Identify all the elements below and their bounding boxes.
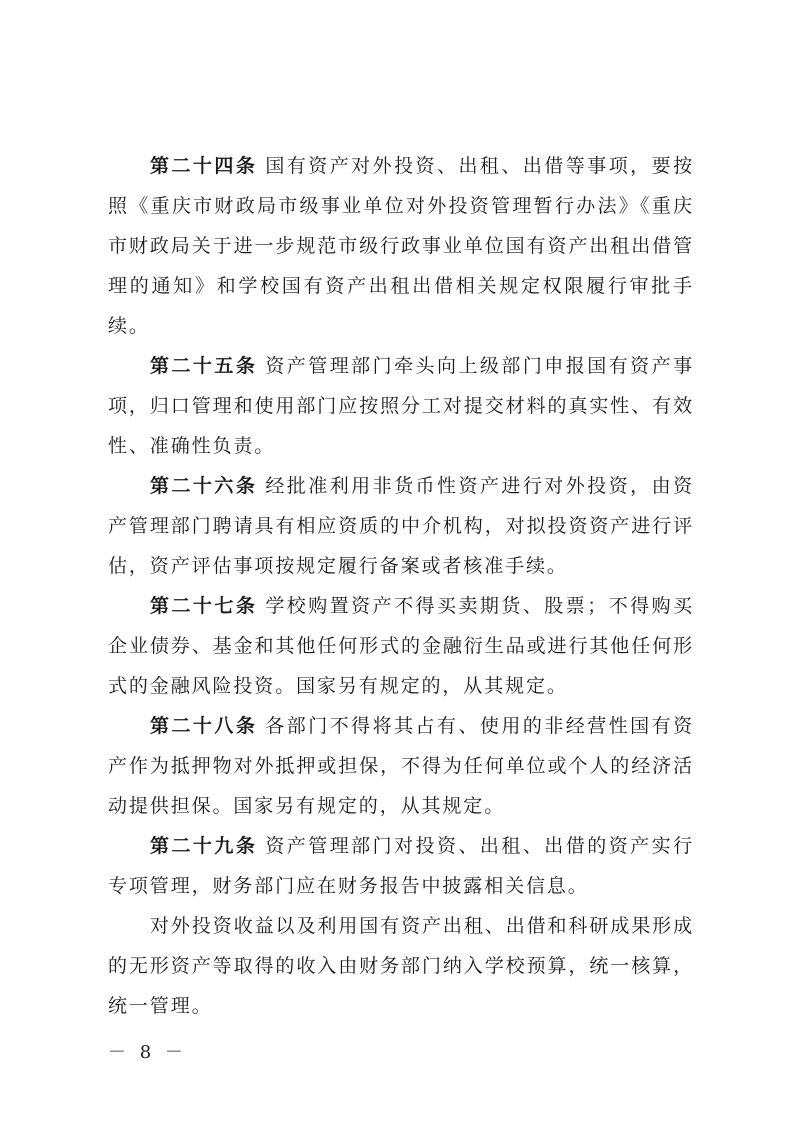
article-24-paragraph: 第二十四条国有资产对外投资、出租、出借等事项，要按照《重庆市财政局市级事业单位对…: [108, 146, 694, 346]
article-29-heading: 第二十九条: [150, 835, 257, 857]
article-25-heading: 第二十五条: [150, 355, 257, 377]
article-27-heading: 第二十七条: [150, 595, 257, 617]
article-24-heading: 第二十四条: [150, 155, 257, 177]
article-26-paragraph: 第二十六条经批准利用非货币性资产进行对外投资，由资产管理部门聘请具有相应资质的中…: [108, 466, 694, 586]
article-29-continuation-text: 对外投资收益以及利用国有资产出租、出借和科研成果形成的无形资产等取得的收入由财务…: [108, 915, 694, 1017]
article-27-paragraph: 第二十七条学校购置资产不得买卖期货、股票；不得购买企业债券、基金和其他任何形式的…: [108, 586, 694, 706]
article-28-paragraph: 第二十八条各部门不得将其占有、使用的非经营性国有资产作为抵押物对外抵押或担保，不…: [108, 706, 694, 826]
article-26-heading: 第二十六条: [150, 475, 257, 497]
document-body: 第二十四条国有资产对外投资、出租、出借等事项，要按照《重庆市财政局市级事业单位对…: [108, 146, 694, 1026]
article-29-paragraph: 第二十九条资产管理部门对投资、出租、出借的资产实行专项管理，财务部门应在财务报告…: [108, 826, 694, 906]
article-25-paragraph: 第二十五条资产管理部门牵头向上级部门申报国有资产事项，归口管理和使用部门应按照分…: [108, 346, 694, 466]
article-29-continuation-paragraph: 对外投资收益以及利用国有资产出租、出借和科研成果形成的无形资产等取得的收入由财务…: [108, 906, 694, 1026]
page-number: － 8 －: [108, 1038, 187, 1064]
article-24-text: 国有资产对外投资、出租、出借等事项，要按照《重庆市财政局市级事业单位对外投资管理…: [108, 155, 694, 337]
article-28-heading: 第二十八条: [150, 715, 257, 737]
